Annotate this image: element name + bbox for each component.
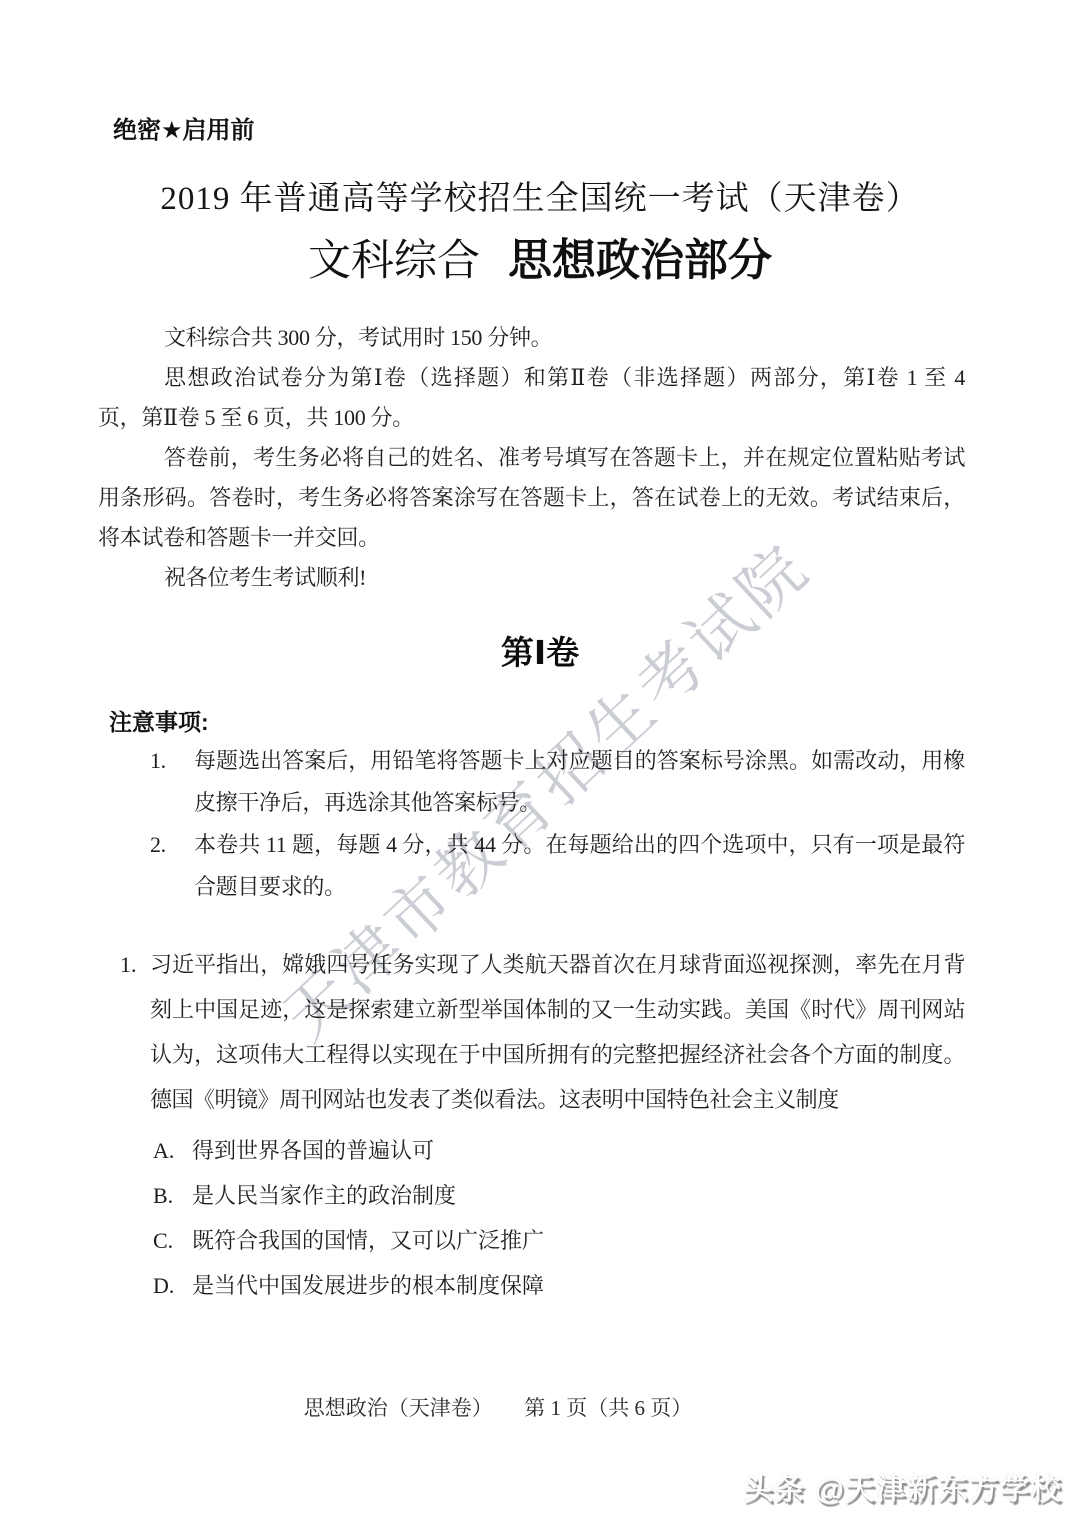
note-line: 每题选出答案后，用铅笔将答题卡上对应题目的答案标号涂黑。如需改动，用橡 bbox=[194, 740, 965, 782]
note-number: 2. bbox=[150, 824, 166, 866]
option-label: B. bbox=[153, 1173, 173, 1218]
section-heading: 第Ⅰ卷 bbox=[0, 630, 1080, 675]
question-block: 1. 习近平指出，嫦娥四号任务实现了人类航天器首次在月球背面巡视探测，率先在月背… bbox=[98, 942, 965, 1122]
intro-line: 用条形码。答卷时，考生务必将答案涂写在答题卡上，答在试卷上的无效。考试结束后， bbox=[98, 478, 965, 518]
question-line: 认为，这项伟大工程得以实现在于中国所拥有的完整把握经济社会各个方面的制度。 bbox=[150, 1032, 965, 1077]
question-line: 德国《明镜》周刊网站也发表了类似看法。这表明中国特色社会主义制度 bbox=[150, 1077, 965, 1122]
intro-line: 答卷前，考生务必将自己的姓名、准考号填写在答题卡上，并在规定位置粘贴考试 bbox=[98, 438, 965, 478]
option-text: 既符合我国的国情，又可以广泛推广 bbox=[192, 1228, 544, 1253]
intro-line: 将本试卷和答题卡一并交回。 bbox=[98, 518, 965, 558]
intro-paragraphs: 文科综合共 300 分，考试用时 150 分钟。 思想政治试卷分为第Ⅰ卷（选择题… bbox=[98, 318, 965, 598]
note-item: 1. 每题选出答案后，用铅笔将答题卡上对应题目的答案标号涂黑。如需改动，用橡 皮… bbox=[98, 740, 965, 824]
security-classification: 绝密★启用前 bbox=[113, 110, 255, 145]
intro-line: 思想政治试卷分为第Ⅰ卷（选择题）和第Ⅱ卷（非选择题）两部分，第Ⅰ卷 1 至 4 bbox=[98, 358, 965, 398]
option-label: C. bbox=[153, 1218, 173, 1263]
options-list: A. 得到世界各国的普遍认可 B. 是人民当家作主的政治制度 C. 既符合我国的… bbox=[98, 1128, 965, 1308]
option-row: C. 既符合我国的国情，又可以广泛推广 bbox=[98, 1218, 965, 1263]
note-line: 本卷共 11 题，每题 4 分，共 44 分。在每题给出的四个选项中，只有一项是… bbox=[194, 824, 965, 866]
subtitle-section: 思想政治部分 bbox=[508, 236, 772, 285]
intro-line: 祝各位考生考试顺利! bbox=[98, 558, 965, 598]
credit-watermark: 头条 @天津新东方学校 bbox=[743, 1464, 1062, 1508]
page-footer: 思想政治（天津卷） 第 1 页（共 6 页） bbox=[98, 1392, 898, 1424]
subtitle-subject: 文科综合 bbox=[308, 238, 480, 285]
option-row: B. 是人民当家作主的政治制度 bbox=[98, 1173, 965, 1218]
option-row: D. 是当代中国发展进步的根本制度保障 bbox=[98, 1263, 965, 1308]
option-row: A. 得到世界各国的普遍认可 bbox=[98, 1128, 965, 1173]
option-label: D. bbox=[153, 1263, 174, 1308]
exam-title: 2019 年普通高等学校招生全国统一考试（天津卷） bbox=[0, 172, 1080, 219]
note-number: 1. bbox=[150, 740, 166, 782]
question-line: 刻上中国足迹，这是探索建立新型举国体制的又一生动实践。美国《时代》周刊网站 bbox=[150, 987, 965, 1032]
option-text: 是人民当家作主的政治制度 bbox=[192, 1183, 456, 1208]
option-label: A. bbox=[153, 1128, 174, 1173]
notes-label: 注意事项: bbox=[109, 704, 209, 737]
question-number: 1. bbox=[120, 942, 137, 987]
note-line: 合题目要求的。 bbox=[194, 866, 965, 908]
exam-paper-page: 天津市教育招生考试院 绝密★启用前 2019 年普通高等学校招生全国统一考试（天… bbox=[0, 0, 1080, 1527]
exam-subtitle: 文科综合思想政治部分 bbox=[0, 224, 1080, 288]
intro-line: 页，第Ⅱ卷 5 至 6 页，共 100 分。 bbox=[98, 398, 965, 438]
question-line: 习近平指出，嫦娥四号任务实现了人类航天器首次在月球背面巡视探测，率先在月背 bbox=[150, 942, 965, 987]
intro-line: 文科综合共 300 分，考试用时 150 分钟。 bbox=[98, 318, 965, 358]
note-line: 皮擦干净后，再选涂其他答案标号。 bbox=[194, 782, 965, 824]
option-text: 得到世界各国的普遍认可 bbox=[192, 1138, 434, 1163]
note-item: 2. 本卷共 11 题，每题 4 分，共 44 分。在每题给出的四个选项中，只有… bbox=[98, 824, 965, 908]
option-text: 是当代中国发展进步的根本制度保障 bbox=[192, 1273, 544, 1298]
